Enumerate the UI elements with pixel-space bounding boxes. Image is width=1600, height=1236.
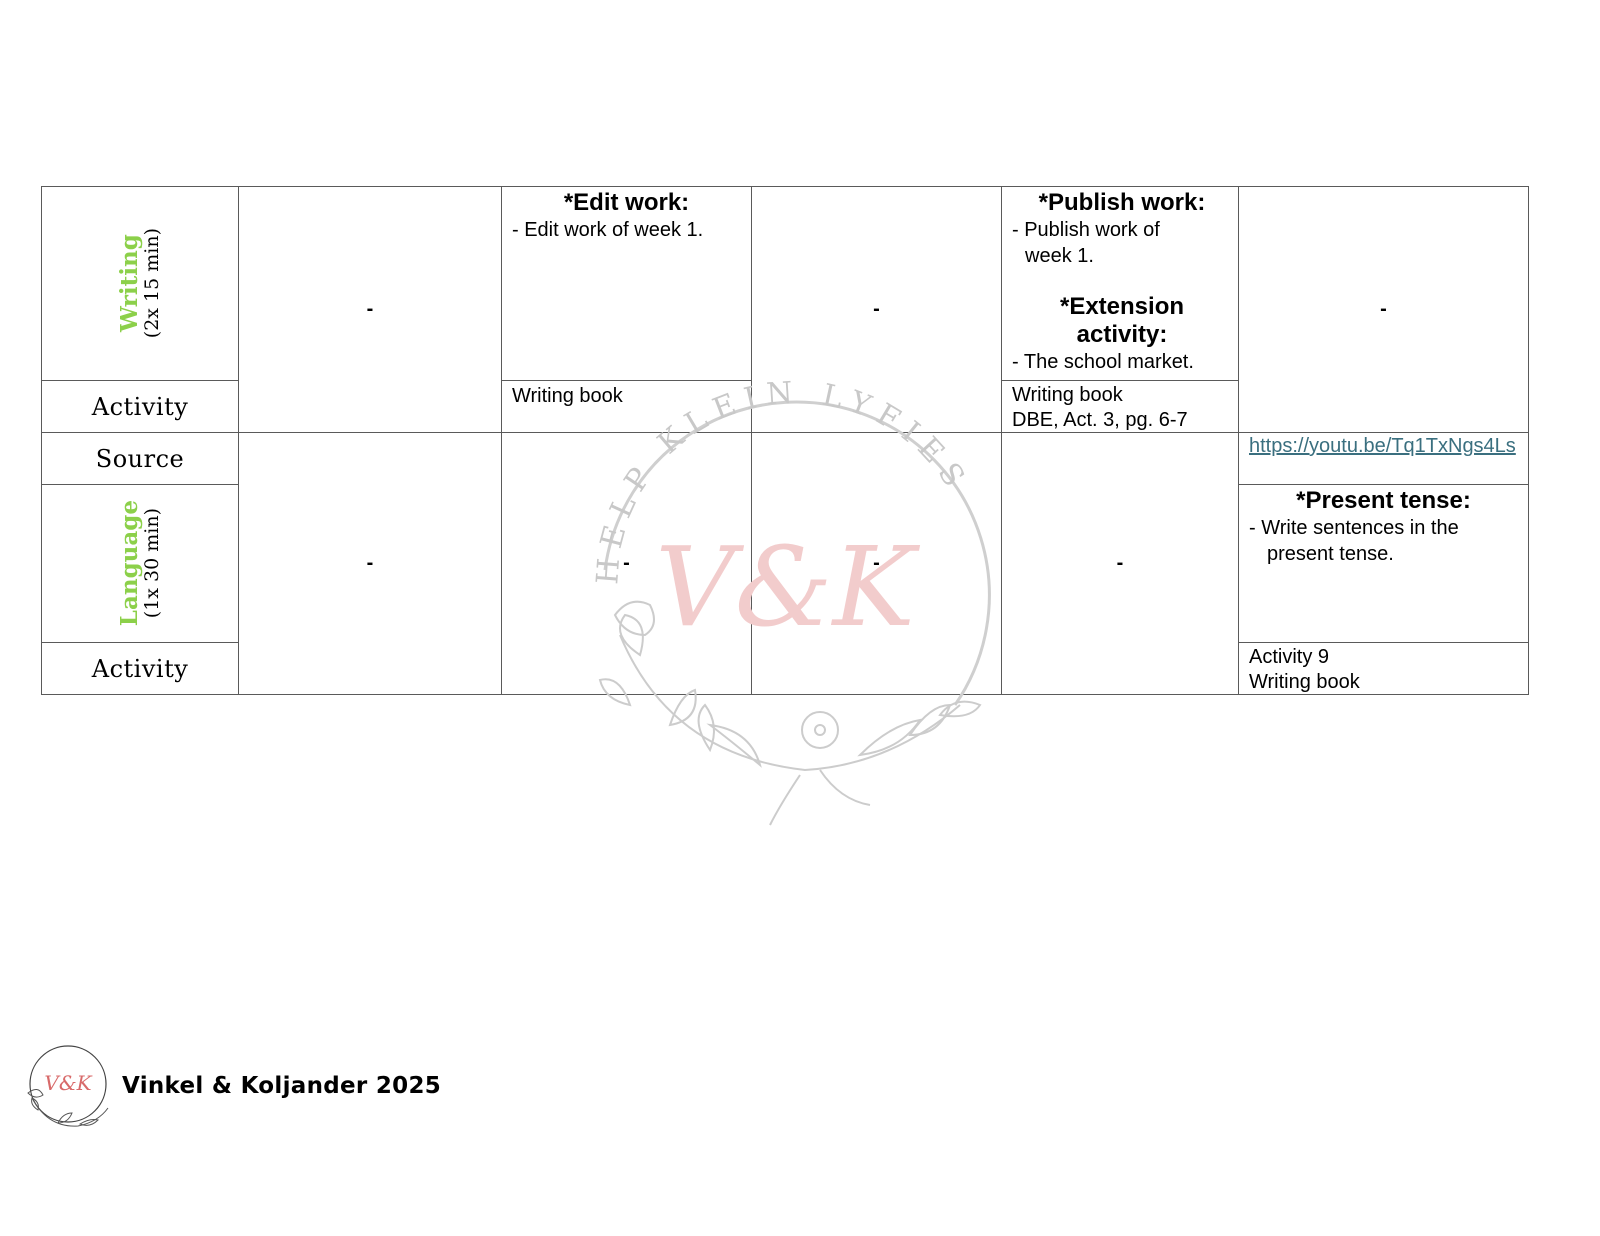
empty-dash: - [367, 552, 374, 575]
language-activity-label: Activity [92, 655, 189, 683]
empty-dash: - [873, 298, 880, 321]
writing-col4-activity-cell: Writing book DBE, Act. 3, pg. 6-7 [1001, 380, 1239, 433]
language-subject-name: Language [117, 500, 142, 626]
empty-dash: - [367, 298, 374, 321]
writing-col2-activity-cell: Writing book [501, 380, 752, 433]
activity-line: Writing book [1012, 383, 1228, 408]
source-label-cell: Source [41, 432, 239, 485]
writing-col2-cell: *Edit work: - Edit work of week 1. [501, 186, 752, 381]
writing-subject-name: Writing [117, 235, 142, 333]
present-tense-heading: *Present tense: [1249, 487, 1518, 515]
source-label: Source [96, 445, 184, 473]
language-col3-cell: - [751, 432, 1002, 695]
language-subject-cell: Language (1x 30 min) [41, 484, 239, 643]
language-source-cell: https://youtu.be/Tq1TxNgs4Ls [1238, 432, 1529, 485]
language-col5-cell: *Present tense: - Write sentences in the… [1238, 484, 1529, 643]
writing-col4-cell: *Publish work: - Publish work of week 1.… [1001, 186, 1239, 381]
publish-work-heading: *Publish work: [1012, 189, 1232, 217]
language-col5-activity-cell: Activity 9 Writing book [1238, 642, 1529, 695]
publish-work-line: week 1. [1012, 243, 1232, 269]
activity-line: Writing book [1249, 670, 1518, 695]
activity-line: Activity 9 [1249, 645, 1518, 670]
writing-col5-cell: - [1238, 186, 1529, 433]
writing-col3-cell: - [751, 186, 1002, 433]
present-tense-line: - Write sentences in the [1249, 515, 1518, 541]
empty-dash: - [1380, 298, 1387, 321]
lesson-plan-table: Writing (2x 15 min) Activity Source Lang… [41, 186, 1529, 695]
language-duration: (1x 30 min) [142, 508, 163, 618]
activity-line: Writing book [512, 383, 741, 409]
empty-dash: - [1117, 552, 1124, 575]
edit-work-heading: *Edit work: [512, 189, 741, 217]
language-col2-cell: - [501, 432, 752, 695]
extension-activity-heading: *Extension activity: [1012, 293, 1232, 349]
activity-line: DBE, Act. 3, pg. 6-7 [1012, 408, 1228, 433]
present-tense-line: present tense. [1249, 541, 1518, 567]
language-col4-cell: - [1001, 432, 1239, 695]
footer-logo-icon: V&K [18, 1038, 114, 1134]
language-col1-cell: - [238, 432, 502, 695]
footer: V&K Vinkel & Koljander 2025 [18, 1038, 441, 1134]
writing-activity-label-cell: Activity [41, 380, 239, 433]
writing-subject-label: Writing (2x 15 min) [117, 228, 163, 338]
writing-duration: (2x 15 min) [142, 228, 163, 338]
footer-logo-monogram: V&K [44, 1071, 92, 1095]
footer-copyright: Vinkel & Koljander 2025 [122, 1073, 441, 1099]
publish-work-line: - Publish work of [1012, 217, 1232, 243]
empty-dash: - [623, 552, 630, 575]
source-link[interactable]: https://youtu.be/Tq1TxNgs4Ls [1249, 435, 1516, 457]
extension-activity-line: - The school market. [1012, 349, 1232, 375]
writing-subject-cell: Writing (2x 15 min) [41, 186, 239, 381]
edit-work-line: - Edit work of week 1. [512, 217, 741, 243]
writing-col1-cell: - [238, 186, 502, 433]
language-subject-label: Language (1x 30 min) [117, 500, 163, 626]
empty-dash: - [873, 552, 880, 575]
writing-activity-label: Activity [92, 393, 189, 421]
language-activity-label-cell: Activity [41, 642, 239, 695]
